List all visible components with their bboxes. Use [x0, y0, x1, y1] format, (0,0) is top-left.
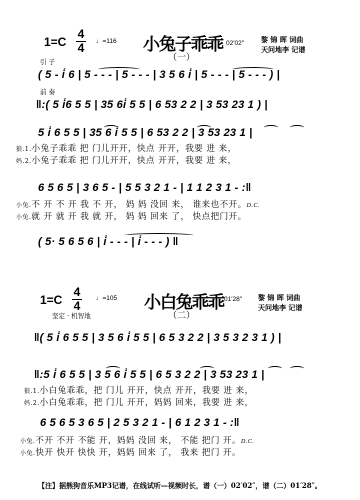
- lyric-text: 小兔子乖乖 把 门儿开开，快点 开开，我要 进 来，: [32, 144, 237, 154]
- lyric-prefix: 小兔.: [16, 202, 31, 209]
- tie-mark: [232, 67, 274, 72]
- song2-verse-notes-1: ‖:5 i̇ 6 5 5 | 3 5 6 i̇ 5 5 | 6 5 3 2 2 …: [34, 369, 264, 381]
- time-sig-top: 4: [76, 29, 86, 40]
- slur-mark: [264, 125, 278, 130]
- composer-credit: 黎 锦 晖 词曲: [261, 35, 305, 45]
- song2-credits: 黎 锦 晖 词曲 天问地李 记谱: [258, 293, 302, 313]
- lyric-text: 小白兔乖乖，把 门儿 开开，快点 开开，我要 进 来，: [40, 386, 254, 396]
- song2-verse-notes-2: 6 5 6 5 3 6 5 | 2 5 3 2 1 - | 6 1 2 3 1 …: [40, 417, 240, 429]
- song1-lyric-line2-verse-1: 小兔.不 开 不 开 我 不 开， 妈 妈 没回 来， 谁来也不开。D.C.: [16, 198, 260, 210]
- song1-prelude-notes: ‖:( 5 i̇6 5 5 | 35 6i̇ 5 5 | 6 53 2 2 | …: [36, 99, 268, 111]
- song2-performance-marking: 坚定 · 机智地: [52, 311, 91, 320]
- lyric-prefix: 狼.1.: [16, 146, 32, 153]
- song1-verse-notes-1: 5 i̇ 6 5 5 | 35 6 i̇ 5 5 | 6 53 2 2 | 3 …: [38, 127, 252, 139]
- song2-tempo: ♩=105: [96, 295, 117, 302]
- song1-lyric-line2-verse-2: 小兔.就 开 就 开 我 就 开， 妈 妈 回来 了， 快点把门开。: [16, 210, 247, 222]
- lyric-prefix: 妈.2.: [24, 400, 40, 407]
- slur-mark: [200, 366, 214, 371]
- lyric-prefix: 狼.1.: [24, 388, 40, 395]
- song1-lyric-verse-1: 狼.1.小兔子乖乖 把 门儿开开，快点 开开，我要 进 来，: [16, 142, 237, 154]
- time-sig-bottom: 4: [76, 43, 86, 54]
- song2-key-signature: 1=C: [40, 293, 62, 307]
- song2-prelude-notes: ‖( 5 i̇ 6 5 5 | 3 5 6 i̇ 5 5 | 6 5 3 2 2…: [34, 332, 281, 344]
- song2-subtitle: （二）: [168, 308, 195, 321]
- lyric-prefix: 小兔.: [16, 214, 31, 221]
- song2-time-signature: 4 4: [72, 287, 82, 312]
- slur-mark: [268, 366, 282, 371]
- song1-prelude-label: 前 奏: [40, 87, 55, 96]
- song1-lyric-verse-2: 妈.2.小兔子乖乖 把 门儿开开，快点 开开，我要 进 来，: [16, 154, 237, 166]
- lyric-prefix: 小兔.: [20, 438, 35, 445]
- slur-mark: [104, 125, 118, 130]
- song1-verse-notes-2: 6 5 6 5 | 3 6 5 - | 5 5 3 2 1 - | 1 1 2 …: [38, 182, 251, 194]
- composer-credit: 黎 锦 晖 词曲: [258, 293, 302, 303]
- song1-time-signature: 4 4: [76, 29, 86, 54]
- tie-mark: [98, 67, 140, 72]
- slur-mark: [290, 366, 304, 371]
- song2-lyric-line2-verse-1: 小兔.不开 不开 不能 开，妈妈 没回 来， 不能 把门 开。D.C.: [20, 434, 254, 446]
- dc-mark: D.C.: [241, 439, 254, 445]
- lyric-text: 小兔子乖乖 把 门儿开开，快点 开开，我要 进 来，: [32, 156, 237, 166]
- song1-credits: 黎 锦 晖 词曲 天问地李 记谱: [261, 35, 305, 55]
- footnote: 【注】据熊狗音乐MP3记谱，在线试听—视频时长，谱（一）02′02″，谱（二）0…: [38, 481, 322, 491]
- tie-mark: [124, 233, 194, 238]
- song1-subtitle: （一）: [168, 50, 195, 63]
- time-sig-top: 4: [72, 287, 82, 298]
- song1-tempo: ♩=116: [96, 38, 117, 45]
- slur-mark: [290, 125, 304, 130]
- song2-duration: 01′28″: [224, 296, 242, 303]
- song1-duration: 02′02″: [226, 40, 244, 47]
- transcriber-credit: 天问地李 记谱: [261, 45, 305, 55]
- song1-key-signature: 1=C: [44, 35, 66, 49]
- dc-mark: D.C.: [247, 203, 260, 209]
- song2-lyric-verse-2: 妈.2.小白兔乖乖，把 门儿 开开，妈妈 回来，我要 进 来，: [24, 396, 254, 408]
- song1-intro-label: 引 子: [40, 57, 55, 66]
- lyric-text: 就 开 就 开 我 就 开， 妈 妈 回来 了， 快点把门开。: [31, 212, 246, 222]
- slur-mark: [106, 366, 120, 371]
- song2-lyric-line2-verse-2: 小兔.快开 快开 快快 开，妈妈 回来 了， 我来 把门 开。: [20, 446, 241, 458]
- lyric-text: 不 开 不 开 我 不 开， 妈 妈 没回 来， 谁来也不开。: [31, 200, 246, 210]
- transcriber-credit: 天问地李 记谱: [258, 303, 302, 313]
- slur-mark: [197, 125, 211, 130]
- lyric-text: 快开 快开 快快 开，妈妈 回来 了， 我来 把门 开。: [35, 448, 241, 458]
- lyric-text: 小白兔乖乖，把 门儿 开开，妈妈 回来，我要 进 来，: [40, 398, 254, 408]
- song2-lyric-verse-1: 狼.1.小白兔乖乖，把 门儿 开开，快点 开开，我要 进 来，: [24, 384, 254, 396]
- lyric-prefix: 小兔.: [20, 450, 35, 457]
- lyric-prefix: 妈.2.: [16, 158, 32, 165]
- lyric-text: 不开 不开 不能 开，妈妈 没回 来， 不能 把门 开。: [35, 436, 241, 446]
